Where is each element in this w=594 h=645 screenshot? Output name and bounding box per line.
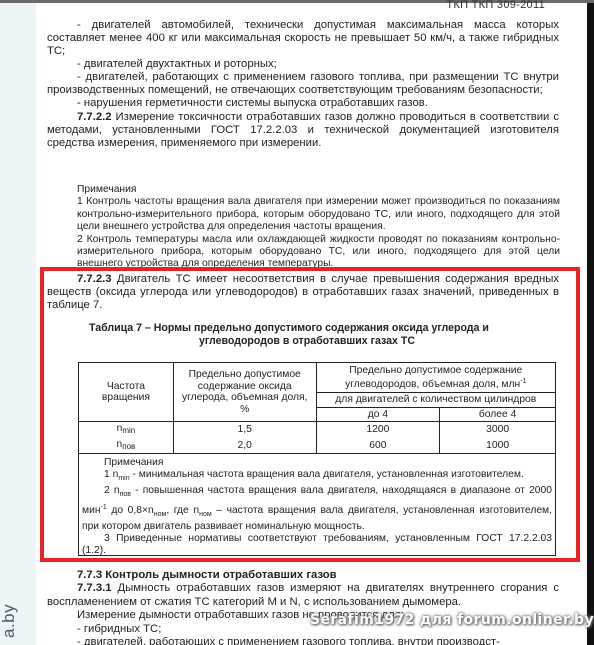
table-row: nпов 2,0 600 1000 [79,438,556,454]
note-item: 1 Контроль частоты вращения вала двигате… [77,196,560,233]
table-notes: Примечания 1 nmin - минимальная частота … [78,454,556,556]
list-item: - двигателей автомобилей, технически доп… [47,19,559,58]
notes-title: Примечания [82,457,552,469]
header-co: Предельно допустимое содержание оксида у… [173,363,316,422]
note-item: 3 Приведенные нормативы соответствуют тр… [82,533,552,557]
section-text: Двигатель ТС имеет несоответствия в случ… [47,273,559,311]
note-item: 2 Контроль температуры масла или охлажда… [77,234,560,271]
section-7722: 7.7.2.2 Измерение токсичности отработавш… [47,111,559,150]
table-title: Таблица 7 – Нормы предельно допустимого … [89,322,559,348]
header-hc: Предельно допустимое содержание углеводо… [316,363,555,393]
note-item: 1 nmin - минимальная частота вращения ва… [82,469,552,485]
list-item: - двигателей, работающих с применением г… [47,636,559,645]
list-item: - двигателей, работающих с применением г… [47,71,559,97]
header-cylinders: для двигателей с количеством цилиндров [316,393,555,408]
forum-watermark: Serafim1972 для forum.onliner.by [310,612,594,628]
norms-table: Частота вращения Предельно допустимое со… [78,362,556,454]
section-number: 7.7.2.3 [77,273,112,285]
section-text: Измерение токсичности отработавших газов… [47,111,559,149]
note-item: 2 nпов - повышенная частота вращения вал… [82,485,552,533]
table-row: nmin 1,5 1200 3000 [79,422,556,438]
notes-7722: Примечания 1 Контроль частоты вращения в… [77,184,560,271]
section-7731: 7.7.3.1 Дымность отработавших газов изме… [47,582,559,609]
left-margin-strip: a.by [0,3,36,645]
side-watermark: a.by [0,608,39,638]
header-speed: Частота вращения [79,363,174,422]
table-title-line2: углеводородов в отработавших газах ТС [89,335,559,348]
scrollbar-edge[interactable] [587,3,594,645]
intro-list: - двигателей автомобилей, технически доп… [47,19,559,150]
document-page: ТКП ТКП 309-2011 - двигателей автомобиле… [36,3,587,645]
notes-title: Примечания [77,184,560,196]
section-number: 7.7.2.2 [77,111,112,123]
section-773: 7.7.3 Контроль дымности отработавших газ… [47,569,559,645]
header-upto4: до 4 [316,407,440,422]
table-title-line1: Таблица 7 – Нормы предельно допустимого … [89,322,489,334]
section-title: 7.7.3 Контроль дымности отработавших газ… [47,569,559,582]
document-header-code: ТКП ТКП 309-2011 [446,0,545,11]
list-item: - нарушения герметичности системы выпуск… [47,97,559,110]
header-over4: более 4 [440,407,556,422]
list-item: - двигателей двухтактных и роторных; [47,58,559,71]
section-7723: 7.7.2.3 Двигатель ТС имеет несоответстви… [47,273,559,312]
